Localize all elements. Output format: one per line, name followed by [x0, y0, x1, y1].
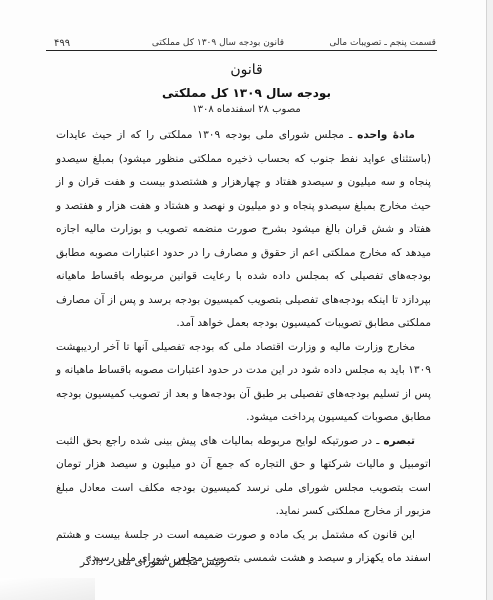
page-curl-shadow [0, 578, 95, 600]
article-paragraph: مادهٔ واحده ـ مجلس شورای ملی بودجه ۱۳۰۹ … [56, 124, 431, 336]
approval-date: مصوب ۲۸ اسفندماه ۱۳۰۸ [0, 104, 493, 115]
header-section: قسمت پنجم ـ تصویبات مالی [329, 38, 436, 48]
article-text: ـ مجلس شورای ملی بودجه ۱۳۰۹ مملکتی را که… [56, 129, 431, 329]
note-text: ـ در صورتیکه لوایح مربوطه بمالیات های پی… [56, 435, 431, 518]
signature-line: رئیس مجلس شورای ملی ـ دادگر [80, 556, 226, 568]
scanned-page: قسمت پنجم ـ تصویبات مالی قانون بودجه سال… [0, 0, 493, 600]
ministry-text: مخارج وزارت مالیه و وزارت اقتصاد ملی که … [56, 341, 431, 424]
law-body: مادهٔ واحده ـ مجلس شورای ملی بودجه ۱۳۰۹ … [56, 124, 431, 571]
ministry-paragraph: مخارج وزارت مالیه و وزارت اقتصاد ملی که … [56, 336, 431, 430]
document-subtitle: بودجه سال ۱۳۰۹ کل مملکتی [0, 86, 493, 100]
page-number: ۴۹۹ [54, 38, 70, 49]
document-title: قانون [0, 62, 493, 78]
article-heading: مادهٔ واحده [357, 129, 415, 141]
header-divider [46, 50, 437, 51]
note-heading: تبصره [383, 435, 415, 447]
header-law-title: قانون بودجه سال ۱۳۰۹ کل مملکتی [152, 38, 284, 48]
note-paragraph: تبصره ـ در صورتیکه لوایح مربوطه بمالیات … [56, 430, 431, 524]
